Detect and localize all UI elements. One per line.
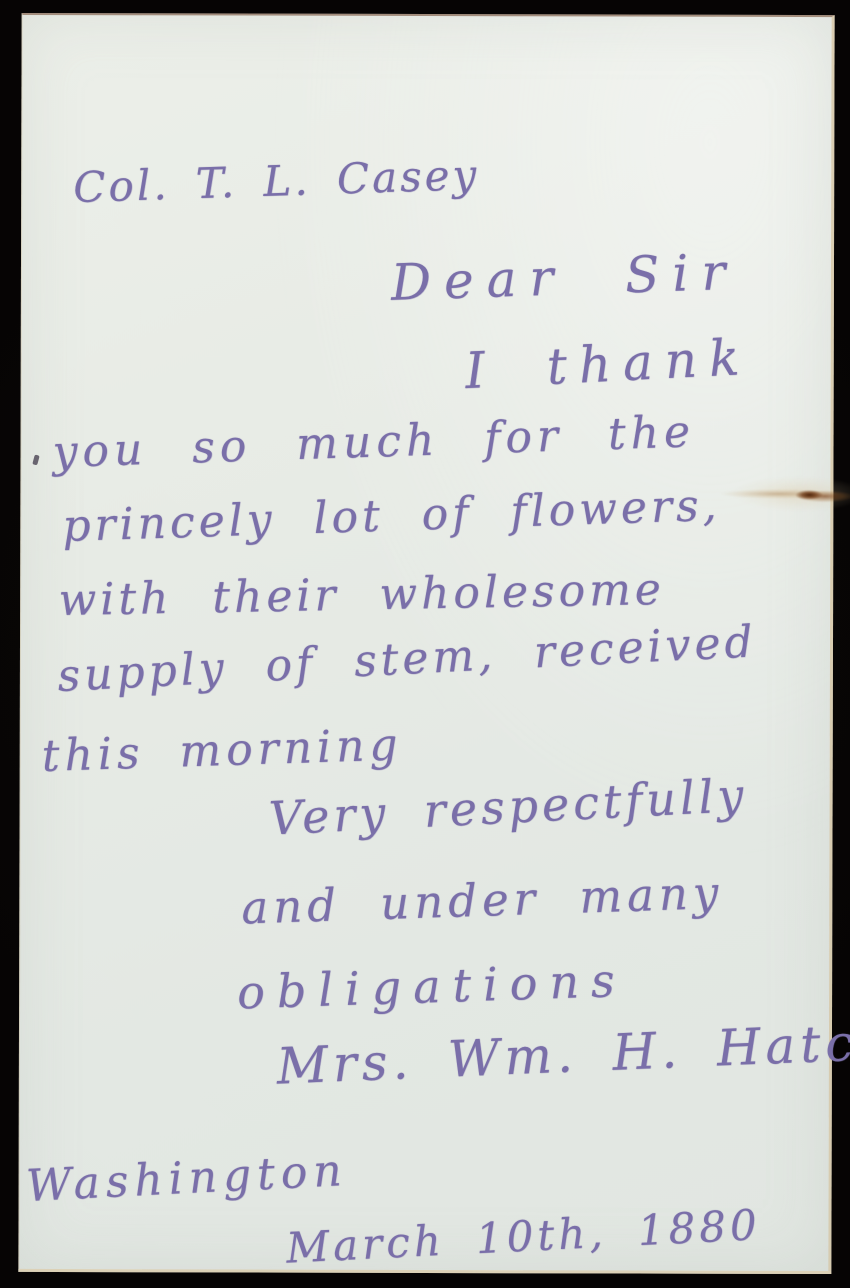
letter-line-body: princely lot of flowers, — [62, 480, 722, 552]
ink-speck — [32, 454, 39, 465]
letter-line-body: with their wholesome — [58, 564, 665, 626]
letter-line-signature: Mrs. Wm. H. Hatch — [275, 1012, 850, 1095]
letter-line-closing: Very respectfully — [268, 768, 749, 846]
letter-line-salutation: Dear Sir — [390, 243, 739, 312]
letter-line-body: this morning — [41, 719, 403, 782]
letter-line-place: Washington — [25, 1145, 349, 1212]
letter-line-body: you so much for the — [52, 406, 696, 478]
rust-stain — [719, 471, 850, 517]
letter-line-body: supply of stem, received — [56, 616, 757, 702]
letter-line-recipient: Col. T. L. Casey — [73, 150, 480, 212]
letter-line-date: March 10th, 1880 — [285, 1200, 762, 1273]
scan-background: Col. T. L. Casey Dear Sir I thank you so… — [0, 0, 850, 1288]
letter-line-closing: obligations — [236, 953, 627, 1020]
letter-line-closing: and under many — [241, 866, 725, 935]
letter-line-body: I thank — [464, 328, 753, 400]
letter-paper: Col. T. L. Casey Dear Sir I thank you so… — [18, 13, 834, 1274]
